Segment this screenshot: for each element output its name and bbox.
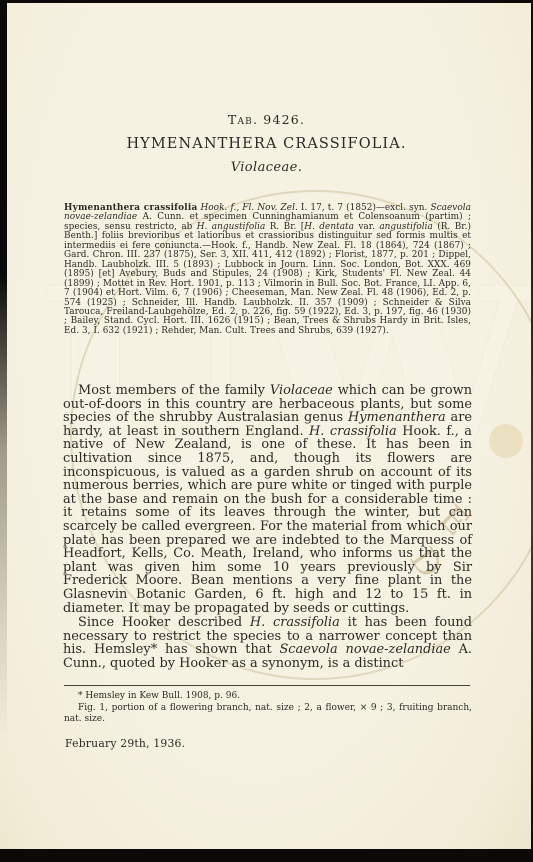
stamp-dot-icon <box>489 424 523 458</box>
plate-number: Tab. 9426. <box>0 112 533 127</box>
paragraph-2: Since Hooker described H. crassifolia it… <box>63 616 472 670</box>
footnote-hemsley: * Hemsley in Kew Bull. 1908, p. 96. <box>64 691 472 703</box>
footnote-figures: Fig. 1, portion of a flowering branch, n… <box>64 703 472 726</box>
footnote-divider <box>64 685 470 686</box>
issue-date: February 29th, 1936. <box>65 737 185 750</box>
document-page: UW E D Tab. 9426. HYMENANTHERA CRASSIFOL… <box>0 0 533 862</box>
scan-edge-top <box>0 0 533 3</box>
footnotes: * Hemsley in Kew Bull. 1908, p. 96. Fig.… <box>64 691 472 726</box>
family-name: Violaceae. <box>0 160 533 175</box>
scan-edge-bottom <box>0 849 533 862</box>
synonymy-citations: Hymenanthera crassifolia Hook. f., Fl. N… <box>64 204 471 336</box>
body-text: Most members of the family Violaceae whi… <box>63 384 472 670</box>
page-header: Tab. 9426. HYMENANTHERA CRASSIFOLIA. Vio… <box>0 112 533 175</box>
species-title: HYMENANTHERA CRASSIFOLIA. <box>0 136 533 152</box>
paragraph-1: Most members of the family Violaceae whi… <box>63 384 472 615</box>
